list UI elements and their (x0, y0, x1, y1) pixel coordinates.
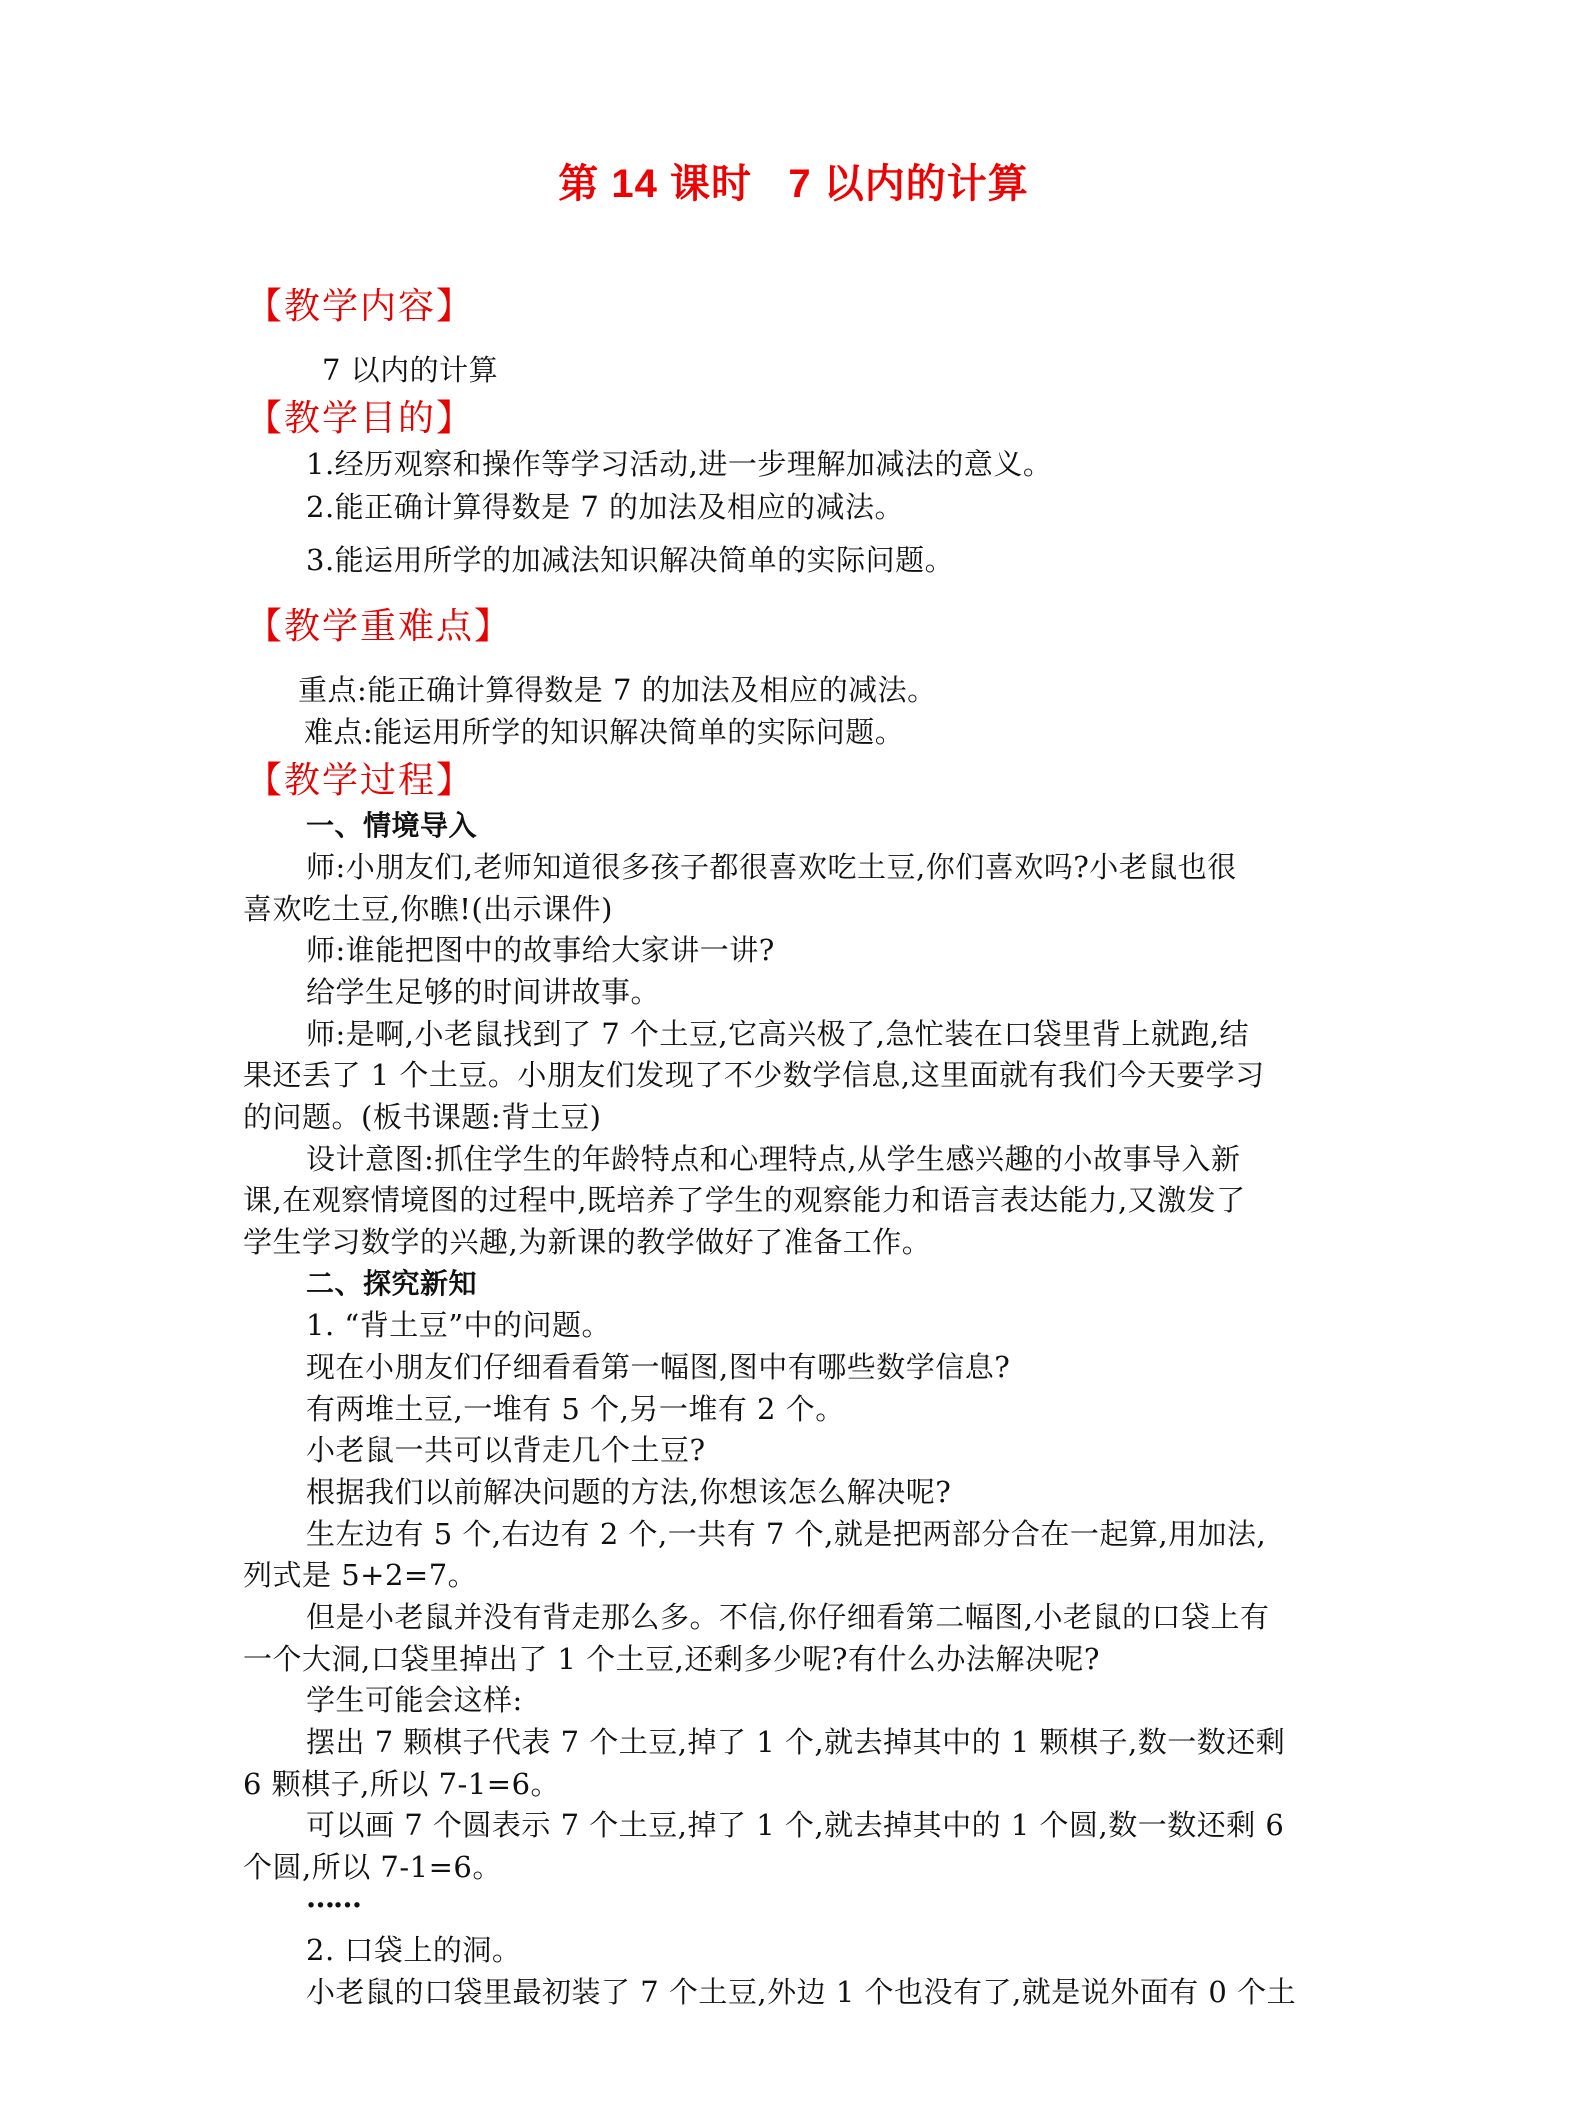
paragraph-line: 列式是 5+2=7。 (243, 1553, 477, 1594)
document-page: 第 14 课时 7 以内的计算 【教学内容】 7 以内的计算 【教学目的】 1.… (0, 0, 1587, 2116)
paragraph-line: 学生可能会这样: (306, 1678, 523, 1719)
ellipsis: …… (306, 1880, 360, 1914)
paragraph-line: 2. 口袋上的洞。 (306, 1928, 521, 1969)
goal-item: 2.能正确计算得数是 7 的加法及相应的减法。 (306, 485, 904, 526)
goal-item: 3.能运用所学的加减法知识解决简单的实际问题。 (306, 538, 954, 579)
paragraph-line: 摆出 7 颗棋子代表 7 个土豆,掉了 1 个,就去掉其中的 1 颗棋子,数一数… (306, 1720, 1285, 1761)
paragraph-line: 师:小朋友们,老师知道很多孩子都很喜欢吃土豆,你们喜欢吗?小老鼠也很 (306, 845, 1237, 886)
goal-item: 1.经历观察和操作等学习活动,进一步理解加减法的意义。 (306, 442, 1052, 483)
paragraph-line: 有两堆土豆,一堆有 5 个,另一堆有 2 个。 (306, 1387, 845, 1428)
content-text: 7 以内的计算 (322, 348, 498, 389)
paragraph-line: 师:是啊,小老鼠找到了 7 个土豆,它高兴极了,急忙装在口袋里背上就跑,结 (306, 1012, 1249, 1053)
section-heading-process: 【教学过程】 (246, 752, 474, 803)
paragraph-line: 给学生足够的时间讲故事。 (306, 970, 660, 1011)
paragraph-line: 果还丢了 1 个土豆。小朋友们发现了不少数学信息,这里面就有我们今天要学习 (243, 1053, 1265, 1094)
paragraph-line: 根据我们以前解决问题的方法,你想该怎么解决呢? (306, 1470, 951, 1511)
paragraph-line: 的问题。(板书课题:背土豆) (243, 1095, 601, 1136)
paragraph-line: 一个大洞,口袋里掉出了 1 个土豆,还剩多少呢?有什么办法解决呢? (243, 1637, 1100, 1678)
key-point: 重点:能正确计算得数是 7 的加法及相应的减法。 (298, 668, 937, 709)
paragraph-line: 1. “背土豆”中的问题。 (306, 1303, 611, 1344)
paragraph-line: 可以画 7 个圆表示 7 个土豆,掉了 1 个,就去掉其中的 1 个圆,数一数还… (306, 1803, 1284, 1844)
paragraph-line: 课,在观察情境图的过程中,既培养了学生的观察能力和语言表达能力,又激发了 (243, 1178, 1246, 1219)
paragraph-line: 6 颗棋子,所以 7-1=6。 (243, 1762, 560, 1803)
section-heading-key-points: 【教学重难点】 (246, 598, 512, 649)
paragraph-line: 设计意图:抓住学生的年龄特点和心理特点,从学生感兴趣的小故事导入新 (306, 1137, 1241, 1178)
paragraph-line: 师:谁能把图中的故事给大家讲一讲? (306, 928, 775, 969)
paragraph-line: 现在小朋友们仔细看看第一幅图,图中有哪些数学信息? (306, 1345, 1010, 1386)
section-heading-goals: 【教学目的】 (246, 390, 474, 441)
paragraph-line: 个圆,所以 7-1=6。 (243, 1845, 502, 1886)
page-title: 第 14 课时 7 以内的计算 (0, 152, 1587, 209)
paragraph-line: 喜欢吃土豆,你瞧!(出示课件) (243, 887, 613, 928)
paragraph-line: 学生学习数学的兴趣,为新课的教学做好了准备工作。 (243, 1220, 931, 1261)
section-heading-content: 【教学内容】 (246, 278, 474, 329)
paragraph-line: 生左边有 5 个,右边有 2 个,一共有 7 个,就是把两部分合在一起算,用加法… (306, 1512, 1266, 1553)
paragraph-line: 小老鼠一共可以背走几个土豆? (306, 1428, 706, 1469)
paragraph-line: 但是小老鼠并没有背走那么多。不信,你仔细看第二幅图,小老鼠的口袋上有 (306, 1595, 1269, 1636)
subsection-heading: 二、探究新知 (306, 1262, 477, 1302)
paragraph-line: 小老鼠的口袋里最初装了 7 个土豆,外边 1 个也没有了,就是说外面有 0 个土 (306, 1970, 1296, 2011)
difficult-point: 难点:能运用所学的知识解决简单的实际问题。 (304, 710, 904, 751)
subsection-heading: 一、情境导入 (306, 804, 477, 844)
